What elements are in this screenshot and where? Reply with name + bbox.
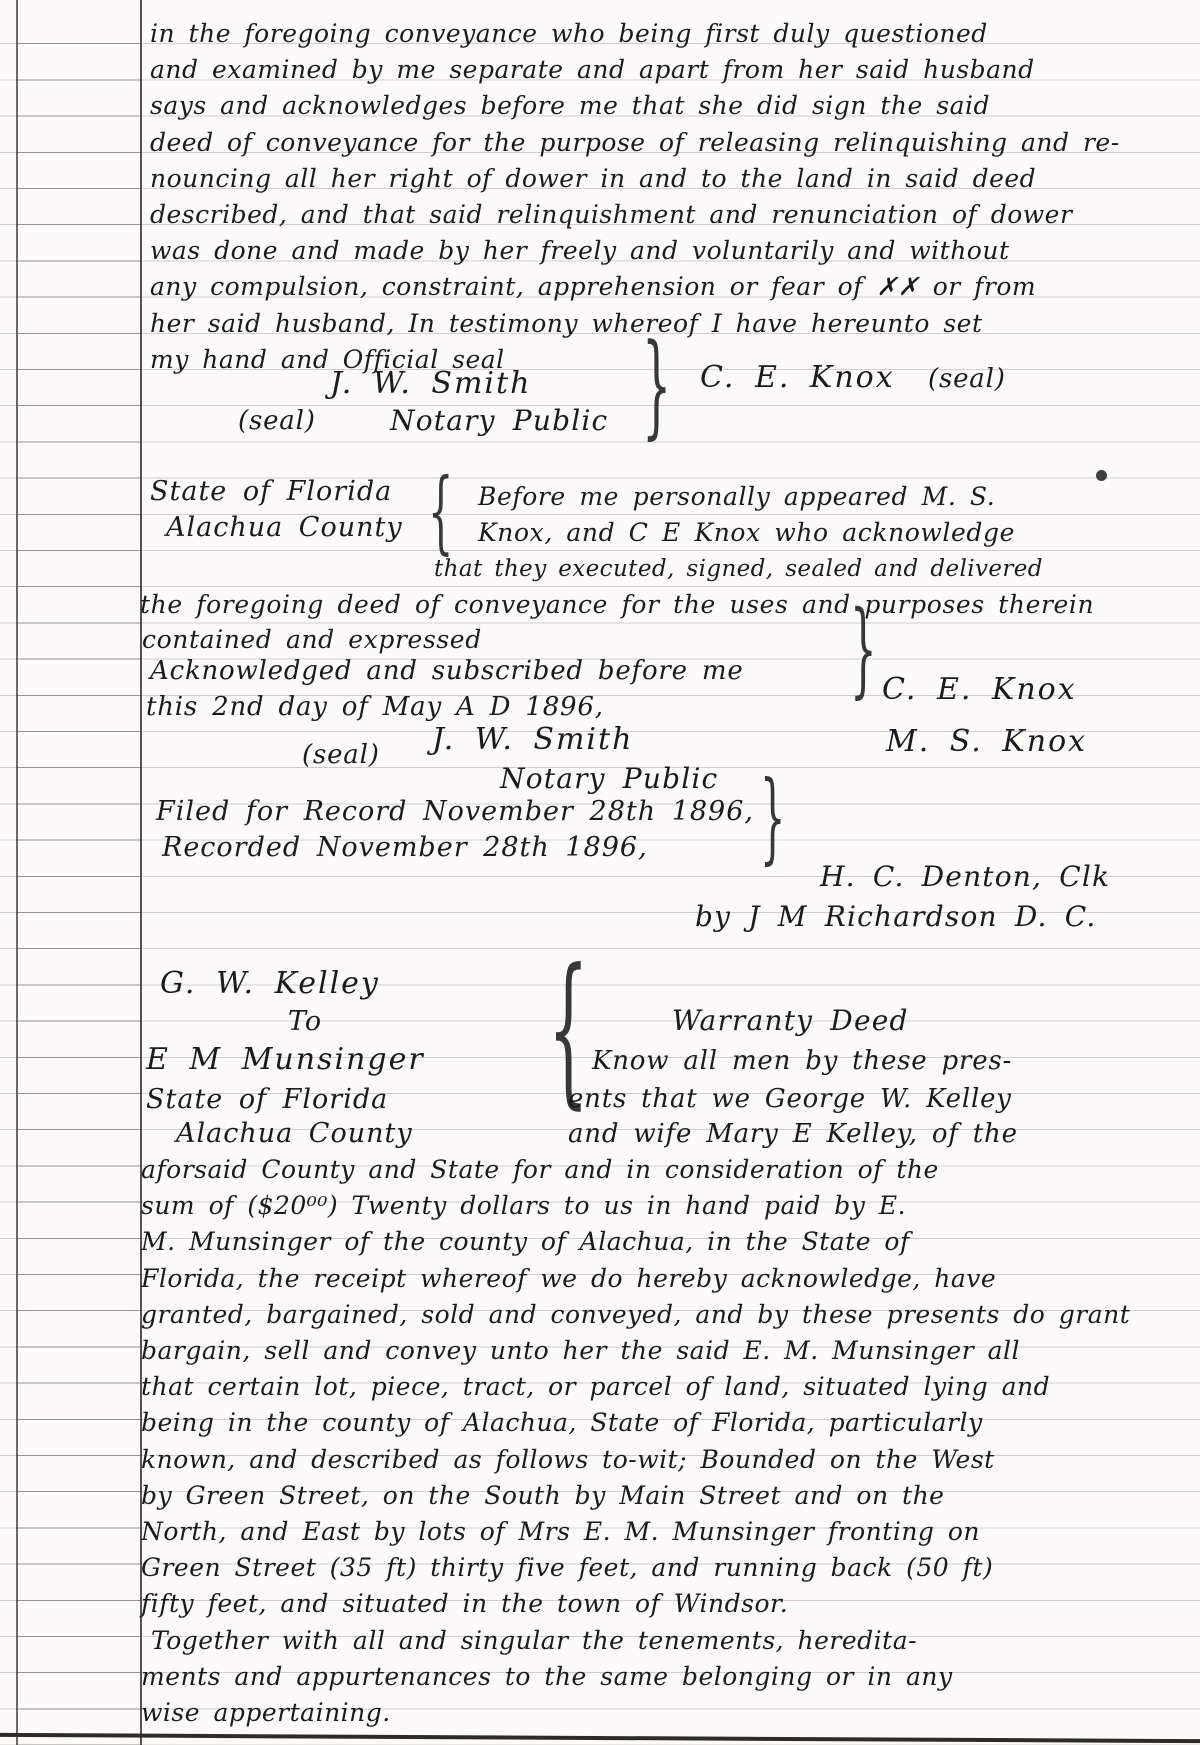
manuscript-line: any compulsion, constraint, apprehension… (150, 269, 1120, 305)
manuscript-line: wise appertaining. (141, 1695, 1130, 1731)
manuscript-line: this 2nd day of May A D 1896, (146, 692, 604, 722)
manuscript-line: Green Street (35 ft) thirty five feet, a… (141, 1550, 1130, 1586)
deputy-clerk-signature: by J M Richardson D. C. (695, 900, 1096, 933)
venue-county: Alachua County (176, 1118, 413, 1149)
manuscript-line: sum of ($20⁰⁰) Twenty dollars to us in h… (141, 1188, 1130, 1224)
manuscript-line: Together with all and singular the tenem… (141, 1623, 1130, 1659)
venue-state: State of Florida (150, 476, 392, 507)
dower-acknowledgment-paragraph: in the foregoing conveyance who being fi… (150, 16, 1120, 378)
caption-grantor: G. W. Kelley (160, 966, 380, 1001)
manuscript-line: ents that we George W. Kelley (568, 1084, 1012, 1114)
manuscript-line: and wife Mary E Kelley, of the (568, 1119, 1018, 1149)
manuscript-line: being in the county of Alachua, State of… (141, 1405, 1130, 1441)
manuscript-line: and examined by me separate and apart fr… (150, 52, 1120, 88)
manuscript-line: aforsaid County and State for and in con… (141, 1152, 1130, 1188)
manuscript-line: bargain, sell and convey unto her the sa… (141, 1333, 1130, 1369)
manuscript-line: her said husband, In testimony whereof I… (150, 306, 1120, 342)
signer-signature: M. S. Knox (886, 724, 1087, 759)
manuscript-line: North, and East by lots of Mrs E. M. Mun… (141, 1514, 1130, 1550)
venue-state: State of Florida (146, 1084, 388, 1115)
manuscript-line: granted, bargained, sold and conveyed, a… (141, 1297, 1130, 1333)
signer-signature: C. E. Knox (882, 672, 1077, 707)
manuscript-line: the foregoing deed of conveyance for the… (140, 590, 1094, 619)
deed-book-page: in the foregoing conveyance who being fi… (0, 0, 1200, 1745)
caption-grantee: E M Munsinger (146, 1042, 425, 1077)
deed-body-paragraph: aforsaid County and State for and in con… (141, 1152, 1130, 1731)
manuscript-line: that certain lot, piece, tract, or parce… (141, 1369, 1130, 1405)
manuscript-line: says and acknowledges before me that she… (150, 88, 1120, 124)
grantor-signature: C. E. Knox (700, 360, 895, 395)
manuscript-line: ments and appurtenances to the same belo… (141, 1659, 1130, 1695)
brace-flourish-icon (760, 770, 785, 868)
manuscript-line: in the foregoing conveyance who being fi… (150, 16, 1120, 52)
manuscript-line: Acknowledged and subscribed before me (150, 656, 744, 686)
clerk-signature: H. C. Denton, Clk (820, 860, 1110, 893)
manuscript-line: that they executed, signed, sealed and d… (434, 556, 1043, 582)
manuscript-line: described, and that said relinquishment … (150, 197, 1120, 233)
deed-type-heading: Warranty Deed (672, 1004, 909, 1037)
brace-flourish-icon (850, 598, 877, 701)
manuscript-line: Know all men by these pres- (592, 1046, 1012, 1076)
manuscript-line: contained and expressed (142, 625, 482, 654)
seal-annotation: (seal) (238, 406, 316, 436)
caption-to-label: To (288, 1006, 322, 1037)
manuscript-line: M. Munsinger of the county of Alachua, i… (141, 1224, 1130, 1260)
page-bottom-edge (0, 1733, 1200, 1743)
brace-flourish-icon (642, 328, 671, 441)
manuscript-line: nouncing all her right of dower in and t… (150, 161, 1120, 197)
notary-signature: J. W. Smith (432, 722, 633, 757)
notary-title: Notary Public (500, 762, 718, 795)
manuscript-line: Before me personally appeared M. S. (478, 482, 995, 511)
seal-annotation: (seal) (928, 364, 1006, 394)
manuscript-line: Florida, the receipt whereof we do hereb… (141, 1261, 1130, 1297)
manuscript-line: known, and described as follows to-wit; … (141, 1442, 1130, 1478)
notary-signature: J. W. Smith (330, 366, 531, 401)
manuscript-line: Knox, and C E Knox who acknowledge (478, 518, 1015, 547)
filed-for-record-line: Filed for Record November 28th 1896, (156, 796, 754, 827)
notary-title: Notary Public (390, 404, 608, 437)
manuscript-line: fifty feet, and situated in the town of … (141, 1586, 1130, 1622)
seal-annotation: (seal) (302, 740, 380, 770)
brace-flourish-icon (428, 468, 453, 558)
manuscript-line: was done and made by her freely and volu… (150, 233, 1120, 269)
recorded-line: Recorded November 28th 1896, (162, 832, 648, 863)
venue-county: Alachua County (166, 512, 403, 543)
ink-blot (1096, 470, 1107, 481)
page-binding-line (16, 0, 18, 1745)
manuscript-line: by Green Street, on the South by Main St… (141, 1478, 1130, 1514)
manuscript-line: deed of conveyance for the purpose of re… (150, 125, 1120, 161)
margin-ruled-lines (17, 8, 141, 1745)
